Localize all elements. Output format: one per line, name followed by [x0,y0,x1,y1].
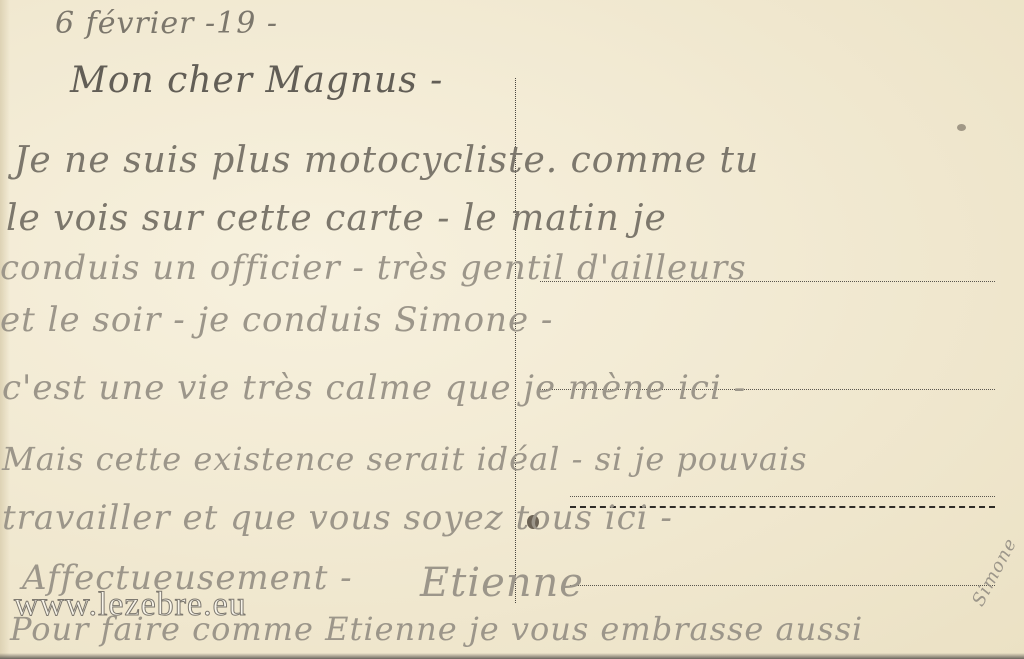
postcard-back: 6 février -19 - Mon cher Magnus - Je ne … [0,0,1024,659]
body-line-7: travailler et que vous soyez tous ici - [2,498,673,538]
body-line-4: et le soir - je conduis Simone - [0,300,553,340]
body-line-3: conduis un officier - très gentil d'aill… [0,248,747,288]
paper-edge-bottom [0,653,1024,659]
watermark-text: www.lezebre.eu [14,586,247,624]
date-line: 6 février -19 - [55,6,278,41]
body-line-1: Je ne suis plus motocycliste. comme tu [14,140,759,181]
ink-speck [957,124,966,131]
body-line-6: Mais cette existence serait idéal - si j… [2,440,808,478]
body-line-5: c'est une vie très calme que je mène ici… [2,368,746,408]
address-line-4 [570,585,995,586]
body-line-2: le vois sur cette carte - le matin je [6,198,667,239]
salutation: Mon cher Magnus - [70,60,443,101]
margin-note: Simone [968,534,1021,609]
signature: Etienne [420,560,584,606]
address-line-3 [570,496,995,497]
